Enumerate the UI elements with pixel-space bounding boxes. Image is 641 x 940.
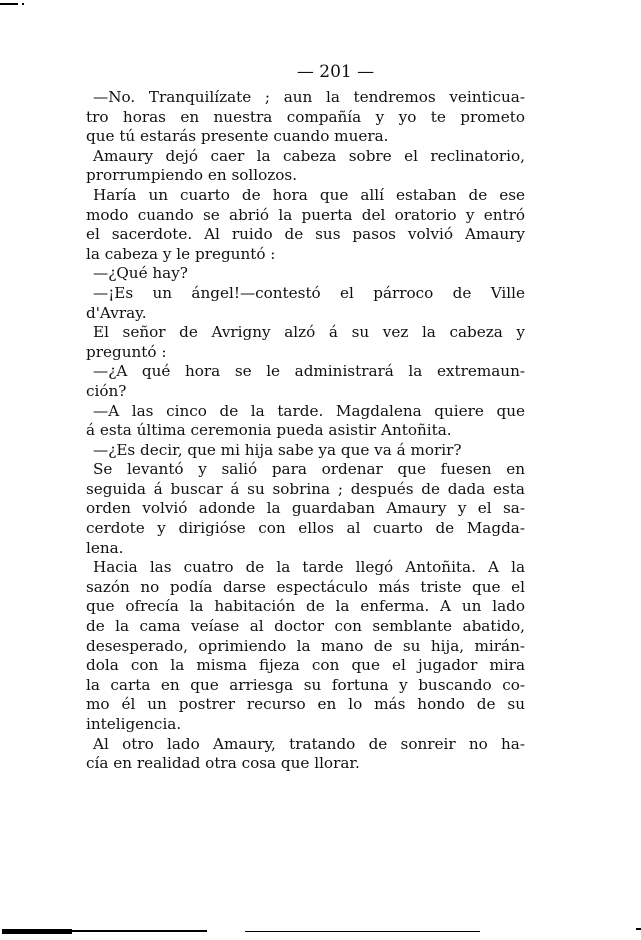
body-text: —No. Tranquilízate ; aun la tendremos ve… (86, 88, 525, 774)
text-line: Haría un cuarto de hora que allí estaban… (86, 186, 525, 206)
text-line: desesperado, oprimiendo la mano de su hi… (86, 637, 525, 657)
text-line: dola con la misma fijeza con que el juga… (86, 656, 525, 676)
text-line: —¿A qué hora se le administrará la extre… (86, 362, 525, 382)
text-line: —No. Tranquilízate ; aun la tendremos ve… (86, 88, 525, 108)
scan-artifact-dot (22, 3, 24, 5)
text-line: que tú estarás presente cuando muera. (86, 127, 525, 147)
text-line: seguida á buscar á su sobrina ; después … (86, 480, 525, 500)
text-line: tro horas en nuestra compañía y yo te pr… (86, 108, 525, 128)
text-line: mo él un postrer recurso en lo más hondo… (86, 695, 525, 715)
text-line: d'Avray. (86, 304, 525, 324)
text-line: Hacia las cuatro de la tarde llegó Antoñ… (86, 558, 525, 578)
text-line: lena. (86, 539, 525, 559)
text-line: modo cuando se abrió la puerta del orato… (86, 206, 525, 226)
bottom-edge-rule-right (245, 931, 480, 932)
text-line: —¿Es decir, que mi hija sabe ya que va á… (86, 441, 525, 461)
text-line: la carta en que arriesga su fortuna y bu… (86, 676, 525, 696)
text-line: cerdote y dirigióse con ellos al cuarto … (86, 519, 525, 539)
scanned-book-page: — 201 — —No. Tranquilízate ; aun la tend… (0, 0, 641, 940)
text-line: de la cama veíase al doctor con semblant… (86, 617, 525, 637)
text-line: cía en realidad otra cosa que llorar. (86, 754, 525, 774)
text-line: —¡Es un ángel!—contestó el párroco de Vi… (86, 284, 525, 304)
page-number: — 201 — (0, 62, 641, 82)
text-line: —¿Qué hay? (86, 264, 525, 284)
text-line: El señor de Avrigny alzó á su vez la cab… (86, 323, 525, 343)
text-line: Se levantó y salió para ordenar que fues… (86, 460, 525, 480)
text-line: preguntó : (86, 343, 525, 363)
bottom-edge-rule-left (2, 930, 207, 932)
text-line: Al otro lado Amaury, tratando de sonreir… (86, 735, 525, 755)
text-line: Amaury dejó caer la cabeza sobre el recl… (86, 147, 525, 167)
text-line: prorrumpiendo en sollozos. (86, 166, 525, 186)
text-line: ción? (86, 382, 525, 402)
scan-artifact-mark (0, 3, 18, 5)
text-line: —A las cinco de la tarde. Magdalena quie… (86, 402, 525, 422)
text-line: que ofrecía la habitación de la enferma.… (86, 597, 525, 617)
text-line: orden volvió adonde la guardaban Amaury … (86, 499, 525, 519)
text-line: sazón no podía darse espectáculo más tri… (86, 578, 525, 598)
text-line: inteligencia. (86, 715, 525, 735)
text-line: el sacerdote. Al ruido de sus pasos volv… (86, 225, 525, 245)
text-line: á esta última ceremonia pueda asistir An… (86, 421, 525, 441)
text-line: la cabeza y le preguntó : (86, 245, 525, 265)
bottom-edge-mark (636, 928, 641, 930)
